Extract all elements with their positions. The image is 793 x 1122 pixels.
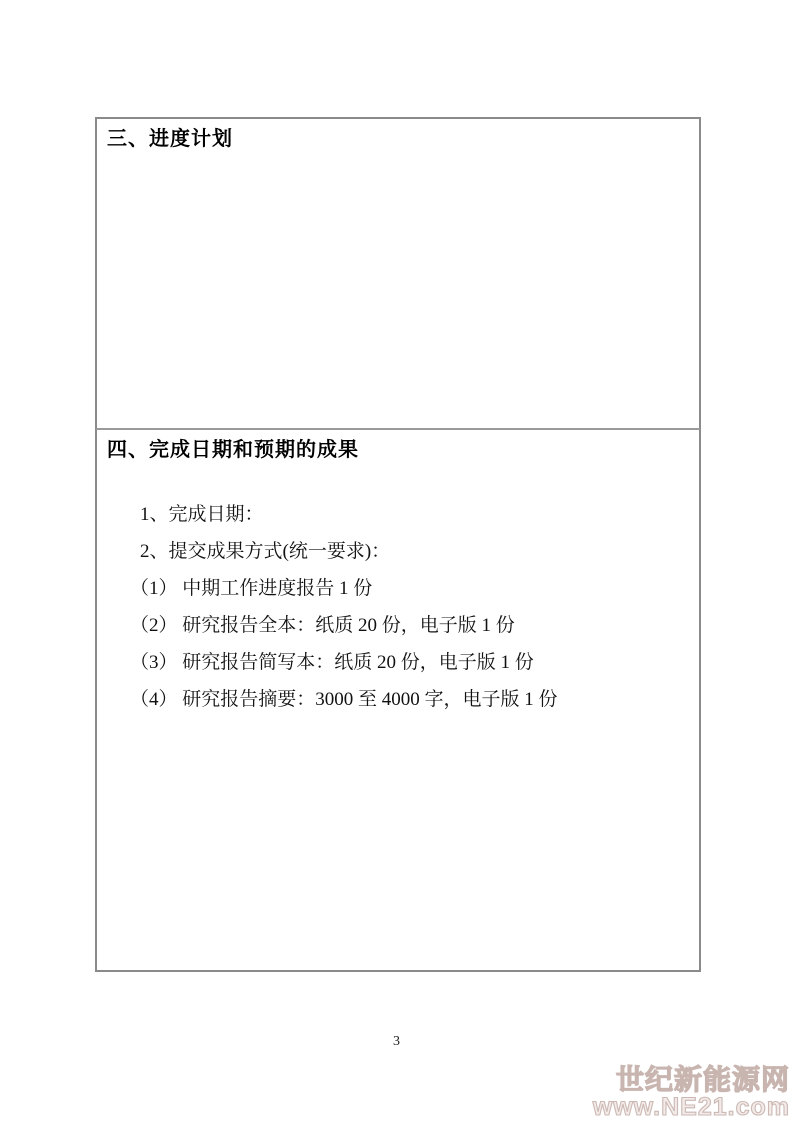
content-line-short-report: （3） 研究报告简写本：纸质 20 份，电子版 1 份 xyxy=(97,644,699,681)
section-progress-plan-title: 三、进度计划 xyxy=(97,119,699,152)
content-line-submission-method: 2、提交成果方式(统一要求)： xyxy=(97,533,699,570)
content-line-completion-date: 1、完成日期： xyxy=(97,496,699,533)
section-completion-content: 1、完成日期： 2、提交成果方式(统一要求)： （1） 中期工作进度报告 1 份… xyxy=(97,496,699,718)
section-completion-results: 四、完成日期和预期的成果 1、完成日期： 2、提交成果方式(统一要求)： （1）… xyxy=(95,430,701,972)
page-number: 3 xyxy=(0,1034,793,1050)
content-line-full-report: （2） 研究报告全本：纸质 20 份，电子版 1 份 xyxy=(97,607,699,644)
section-completion-results-title: 四、完成日期和预期的成果 xyxy=(97,430,699,463)
watermark-site-url: www.NE21.com xyxy=(593,1095,790,1120)
watermark-site-name: 世纪新能源网 xyxy=(593,1066,790,1094)
content-line-midterm-report: （1） 中期工作进度报告 1 份 xyxy=(97,570,699,607)
content-line-abstract: （4） 研究报告摘要：3000 至 4000 字，电子版 1 份 xyxy=(97,681,699,718)
document-page: 三、进度计划 四、完成日期和预期的成果 1、完成日期： 2、提交成果方式(统一要… xyxy=(0,0,793,1122)
form-table: 三、进度计划 四、完成日期和预期的成果 1、完成日期： 2、提交成果方式(统一要… xyxy=(95,117,701,972)
section-progress-plan: 三、进度计划 xyxy=(95,117,701,430)
watermark-logo: 世纪新能源网 www.NE21.com xyxy=(593,1066,790,1120)
